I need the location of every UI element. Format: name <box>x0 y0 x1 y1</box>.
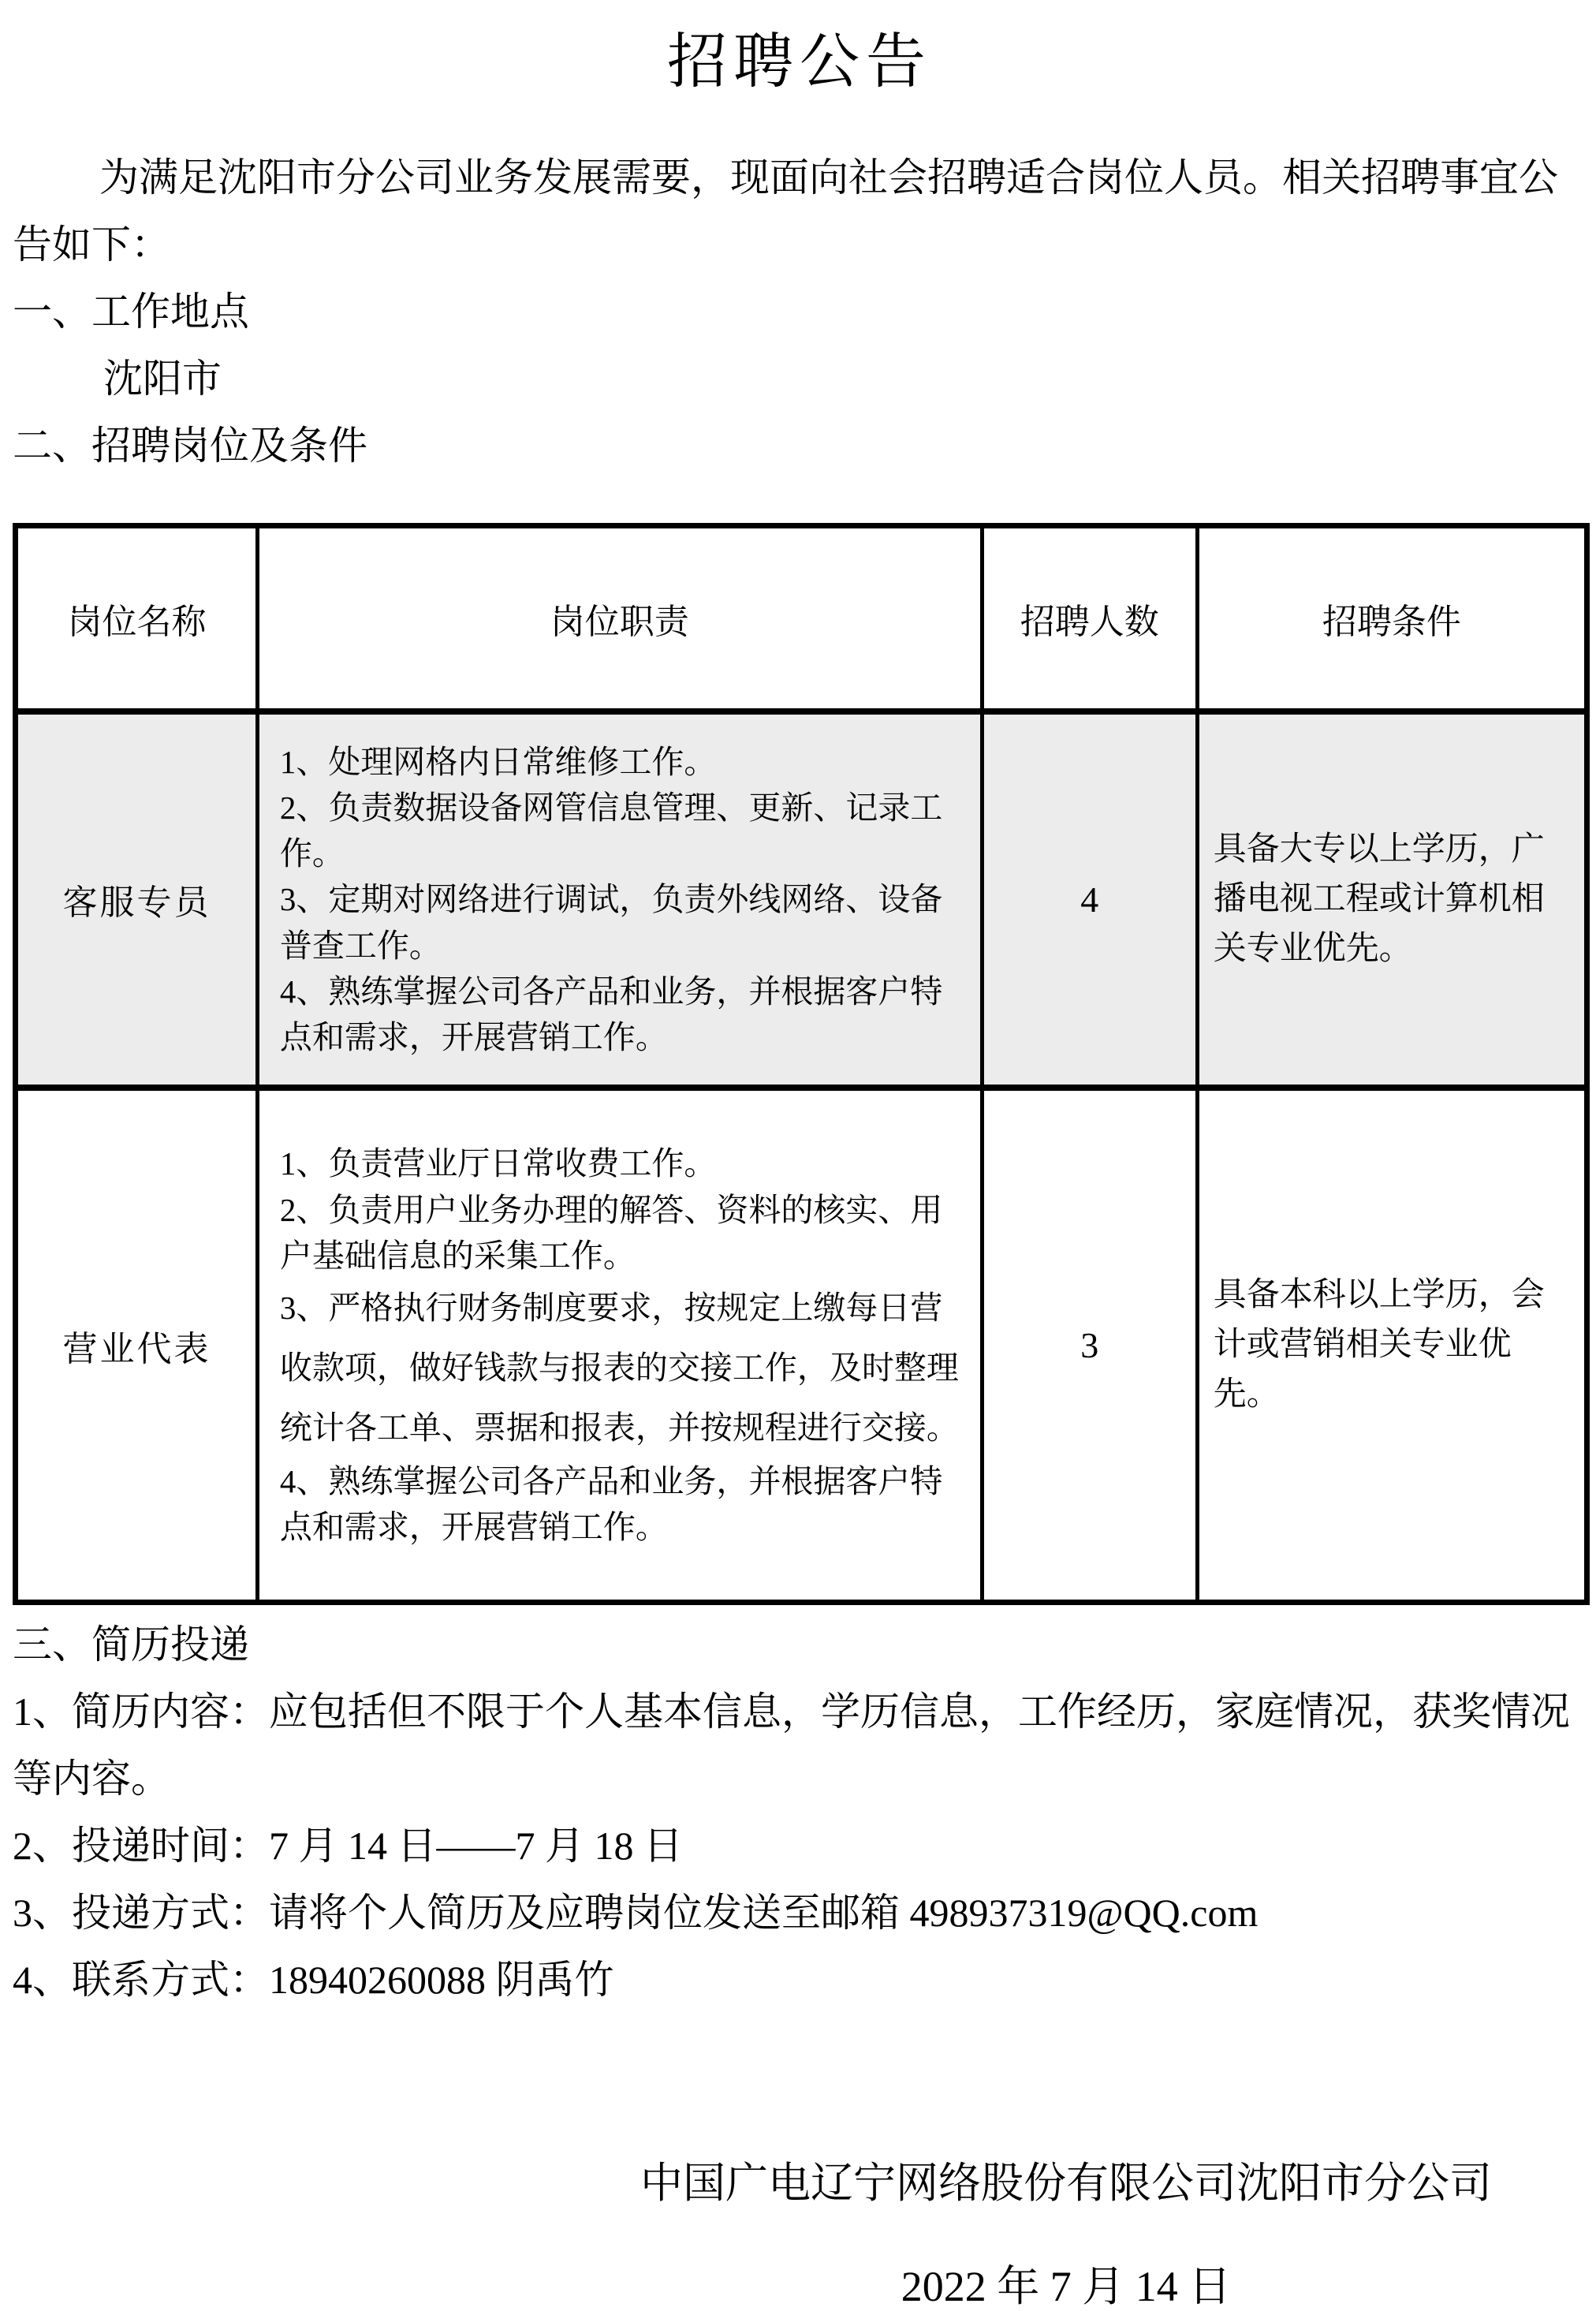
list-item: 1、简历内容：应包括但不限于个人基本信息，学历信息，工作经历，家庭情况，获奖情况… <box>13 1678 1587 1813</box>
requirement-cell: 具备本科以上学历，会计或营销相关专业优先。 <box>1197 1088 1587 1603</box>
section3-heading: 三、简历投递 <box>13 1611 1587 1678</box>
col-header-duties: 岗位职责 <box>257 526 982 711</box>
list-item: 3、严格执行财务制度要求，按规定上缴每日营收款项，做好钱款与报表的交接工作，及时… <box>280 1279 974 1458</box>
list-item: 4、联系方式：18940260088 阴禹竹 <box>13 1947 1587 2014</box>
list-item: 4、熟练掌握公司各产品和业务，并根据客户特点和需求，开展营销工作。 <box>280 1458 974 1550</box>
col-header-requirement: 招聘条件 <box>1197 526 1587 711</box>
list-item: 2、负责数据设备网管信息管理、更新、记录工作。 <box>280 785 974 876</box>
section2-heading: 二、招聘岗位及条件 <box>13 413 1587 480</box>
position-cell: 客服专员 <box>16 711 258 1088</box>
duties-cell: 1、处理网格内日常维修工作。2、负责数据设备网管信息管理、更新、记录工作。3、定… <box>257 711 982 1088</box>
list-item: 3、定期对网络进行调试，负责外线网络、设备普查工作。 <box>280 876 974 968</box>
position-cell: 营业代表 <box>16 1088 258 1603</box>
document-page: 招聘公告 为满足沈阳市分公司业务发展需要，现面向社会招聘适合岗位人员。相关招聘事… <box>0 0 1596 2311</box>
headcount-cell: 4 <box>982 711 1197 1088</box>
section3-items: 1、简历内容：应包括但不限于个人基本信息，学历信息，工作经历，家庭情况，获奖情况… <box>13 1678 1587 2014</box>
list-item: 3、投递方式：请将个人简历及应聘岗位发送至邮箱 498937319@QQ.com <box>13 1880 1587 1947</box>
headcount-cell: 3 <box>982 1088 1197 1603</box>
list-item: 1、负责营业厅日常收费工作。 <box>280 1141 974 1186</box>
company-name: 中国广电辽宁网络股份有限公司沈阳市分公司 <box>546 2149 1587 2210</box>
list-item: 4、熟练掌握公司各产品和业务，并根据客户特点和需求，开展营销工作。 <box>280 969 974 1060</box>
recruitment-table: 岗位名称 岗位职责 招聘人数 招聘条件 客服专员 1、处理网格内日常维修工作。2… <box>13 523 1590 1605</box>
table-row-customer-service: 客服专员 1、处理网格内日常维修工作。2、负责数据设备网管信息管理、更新、记录工… <box>16 711 1587 1088</box>
table-header-row: 岗位名称 岗位职责 招聘人数 招聘条件 <box>16 526 1587 711</box>
list-item: 2、负责用户业务办理的解答、资料的核实、用户基础信息的采集工作。 <box>280 1187 974 1279</box>
signature-block: 中国广电辽宁网络股份有限公司沈阳市分公司 2022 年 7 月 14 日 <box>546 2149 1587 2311</box>
list-item: 2、投递时间：7 月 14 日——7 月 18 日 <box>13 1813 1587 1880</box>
requirement-cell: 具备大专以上学历，广播电视工程或计算机相关专业优先。 <box>1197 711 1587 1088</box>
table-row-sales-representative: 营业代表 1、负责营业厅日常收费工作。2、负责用户业务办理的解答、资料的核实、用… <box>16 1088 1587 1603</box>
col-header-position: 岗位名称 <box>16 526 258 711</box>
duties-cell: 1、负责营业厅日常收费工作。2、负责用户业务办理的解答、资料的核实、用户基础信息… <box>257 1088 982 1603</box>
list-item: 1、处理网格内日常维修工作。 <box>280 739 974 785</box>
section1-content: 沈阳市 <box>13 345 1587 413</box>
section1-heading: 一、工作地点 <box>13 278 1587 345</box>
col-header-headcount: 招聘人数 <box>982 526 1197 711</box>
page-title: 招聘公告 <box>13 28 1587 97</box>
signature-date: 2022 年 7 月 14 日 <box>546 2253 1587 2311</box>
intro-paragraph: 为满足沈阳市分公司业务发展需要，现面向社会招聘适合岗位人员。相关招聘事宜公告如下… <box>13 144 1587 278</box>
